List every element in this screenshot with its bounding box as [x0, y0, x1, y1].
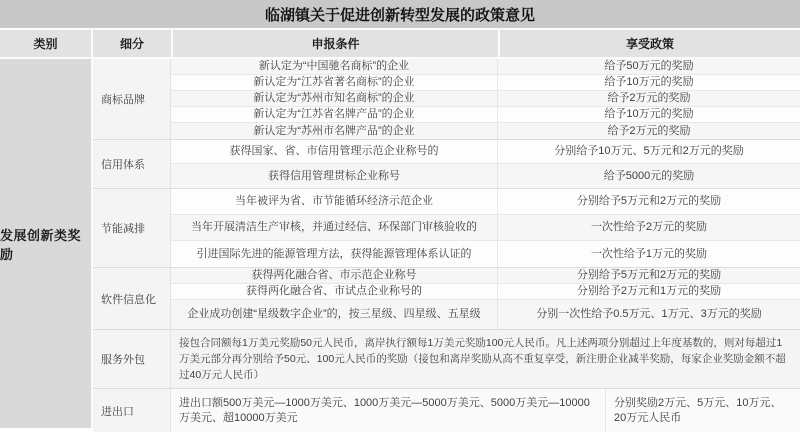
condition-cell: 新认定为“苏州市名牌产品”的企业 — [171, 123, 498, 139]
policy-cell: 分别给予10万元、5万元和2万元的奖励 — [498, 140, 800, 163]
condition-cell: 新认定为“中国驰名商标”的企业 — [171, 59, 498, 74]
section-import-export: 进出口 进出口额500万美元—1000万美元、1000万美元—5000万美元、5… — [93, 389, 800, 432]
condition-cell: 获得国家、省、市信用管理示范企业称号的 — [171, 140, 498, 163]
page-title: 临湖镇关于促进创新转型发展的政策意见 — [0, 0, 800, 30]
section-label: 节能减排 — [93, 189, 171, 267]
table-row: 接包合同额每1万美元奖励50元人民币，离岸执行额每1万美元奖励100元人民币。凡… — [171, 330, 800, 388]
policy-cell: 分别一次性给予0.5万元、1万元、3万元的奖励 — [498, 300, 800, 329]
condition-cell: 新认定为“江苏省名牌产品”的企业 — [171, 107, 498, 122]
table-row: 引进国际先进的能源管理方法，获得能源管理体系认证的 一次性给予1万元的奖励 — [171, 241, 800, 267]
condition-cell: 进出口额500万美元—1000万美元、1000万美元—5000万美元、5000万… — [171, 389, 606, 432]
header-cell-condition: 申报条件 — [173, 30, 500, 57]
condition-cell: 当年开展清洁生产审核，并通过经信、环保部门审核验收的 — [171, 215, 498, 240]
sections-container: 商标品牌 新认定为“中国驰名商标”的企业 给予50万元的奖励 新认定为“江苏省著… — [93, 59, 800, 428]
table-row: 新认定为“江苏省名牌产品”的企业 给予10万元的奖励 — [171, 107, 800, 123]
policy-cell: 一次性给予1万元的奖励 — [498, 241, 800, 267]
section-rows: 获得国家、省、市信用管理示范企业称号的 分别给予10万元、5万元和2万元的奖励 … — [171, 140, 800, 188]
section-label: 进出口 — [93, 389, 171, 432]
policy-cell: 给予2万元的奖励 — [498, 123, 800, 139]
category-label: 发展创新类奖励 — [0, 225, 91, 263]
table-row: 获得信用管理贯标企业称号 给予5000元的奖励 — [171, 164, 800, 188]
section-label: 商标品牌 — [93, 59, 171, 139]
condition-cell: 新认定为“江苏省著名商标”的企业 — [171, 75, 498, 90]
section-rows: 当年被评为省、市节能循环经济示范企业 分别给予5万元和2万元的奖励 当年开展清洁… — [171, 189, 800, 267]
section-credit: 信用体系 获得国家、省、市信用管理示范企业称号的 分别给予10万元、5万元和2万… — [93, 140, 800, 189]
condition-cell: 获得信用管理贯标企业称号 — [171, 164, 498, 188]
policy-cell: 给予2万元的奖励 — [498, 91, 800, 106]
table-row: 新认定为“苏州市名牌产品”的企业 给予2万元的奖励 — [171, 123, 800, 139]
table-row: 进出口额500万美元—1000万美元、1000万美元—5000万美元、5000万… — [171, 389, 800, 432]
section-label: 服务外包 — [93, 330, 171, 388]
section-energy-saving: 节能减排 当年被评为省、市节能循环经济示范企业 分别给予5万元和2万元的奖励 当… — [93, 189, 800, 268]
section-rows: 获得两化融合省、市示范企业称号 分别给予5万元和2万元的奖励 获得两化融合省、市… — [171, 268, 800, 329]
table-body: 发展创新类奖励 商标品牌 新认定为“中国驰名商标”的企业 给予50万元的奖励 新… — [0, 59, 800, 428]
table-row: 获得两化融合省、市试点企业称号的 分别给予2万元和1万元的奖励 — [171, 284, 800, 300]
table-row: 当年被评为省、市节能循环经济示范企业 分别给予5万元和2万元的奖励 — [171, 189, 800, 215]
policy-cell: 分别给予5万元和2万元的奖励 — [498, 189, 800, 214]
merged-condition-policy-cell: 接包合同额每1万美元奖励50元人民币，离岸执行额每1万美元奖励100元人民币。凡… — [171, 330, 800, 388]
table-row: 获得国家、省、市信用管理示范企业称号的 分别给予10万元、5万元和2万元的奖励 — [171, 140, 800, 164]
policy-cell: 给予50万元的奖励 — [498, 59, 800, 74]
condition-cell: 引进国际先进的能源管理方法，获得能源管理体系认证的 — [171, 241, 498, 267]
section-software-informatization: 软件信息化 获得两化融合省、市示范企业称号 分别给予5万元和2万元的奖励 获得两… — [93, 268, 800, 330]
policy-cell: 给予10万元的奖励 — [498, 75, 800, 90]
policy-cell: 给予10万元的奖励 — [498, 107, 800, 122]
policy-table-page: 临湖镇关于促进创新转型发展的政策意见 类别 细分 申报条件 享受政策 发展创新类… — [0, 0, 800, 433]
policy-cell: 一次性给予2万元的奖励 — [498, 215, 800, 240]
table-row: 新认定为“苏州市知名商标”的企业 给予2万元的奖励 — [171, 91, 800, 107]
section-rows: 接包合同额每1万美元奖励50元人民币，离岸执行额每1万美元奖励100元人民币。凡… — [171, 330, 800, 388]
section-rows: 新认定为“中国驰名商标”的企业 给予50万元的奖励 新认定为“江苏省著名商标”的… — [171, 59, 800, 139]
condition-cell: 获得两化融合省、市示范企业称号 — [171, 268, 498, 283]
table-row: 获得两化融合省、市示范企业称号 分别给予5万元和2万元的奖励 — [171, 268, 800, 284]
table-row: 当年开展清洁生产审核，并通过经信、环保部门审核验收的 一次性给予2万元的奖励 — [171, 215, 800, 241]
section-label: 信用体系 — [93, 140, 171, 188]
policy-cell: 分别奖励2万元、5万元、10万元、20万元人民币 — [606, 389, 800, 432]
table-row: 企业成功创建“星级数字企业”的，按三星级、四星级、五星级 分别一次性给予0.5万… — [171, 300, 800, 329]
table-row: 新认定为“江苏省著名商标”的企业 给予10万元的奖励 — [171, 75, 800, 91]
condition-cell: 新认定为“苏州市知名商标”的企业 — [171, 91, 498, 106]
condition-cell: 企业成功创建“星级数字企业”的，按三星级、四星级、五星级 — [171, 300, 498, 329]
policy-cell: 分别给予2万元和1万元的奖励 — [498, 284, 800, 299]
section-label: 软件信息化 — [93, 268, 171, 329]
header-cell-policy: 享受政策 — [500, 30, 800, 57]
policy-cell: 给予5000元的奖励 — [498, 164, 800, 188]
condition-cell: 获得两化融合省、市试点企业称号的 — [171, 284, 498, 299]
condition-cell: 当年被评为省、市节能循环经济示范企业 — [171, 189, 498, 214]
section-trademark: 商标品牌 新认定为“中国驰名商标”的企业 给予50万元的奖励 新认定为“江苏省著… — [93, 59, 800, 140]
header-cell-subdivision: 细分 — [93, 30, 173, 57]
header-cell-category: 类别 — [0, 30, 93, 57]
section-service-outsourcing: 服务外包 接包合同额每1万美元奖励50元人民币，离岸执行额每1万美元奖励100元… — [93, 330, 800, 389]
table-header: 类别 细分 申报条件 享受政策 — [0, 30, 800, 59]
table-row: 新认定为“中国驰名商标”的企业 给予50万元的奖励 — [171, 59, 800, 75]
section-rows: 进出口额500万美元—1000万美元、1000万美元—5000万美元、5000万… — [171, 389, 800, 432]
category-cell: 发展创新类奖励 — [0, 59, 93, 428]
policy-cell: 分别给予5万元和2万元的奖励 — [498, 268, 800, 283]
